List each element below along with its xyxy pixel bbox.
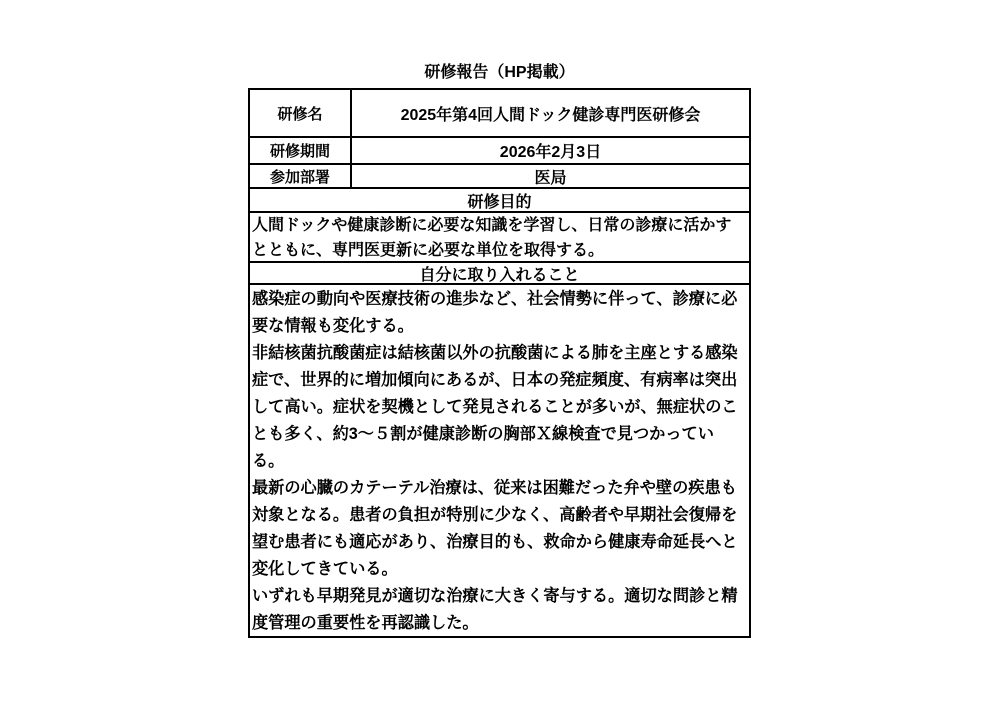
- purpose-text-line: とともに、専門医更新に必要な単位を取得する。: [252, 238, 747, 263]
- takeaway-text-line: 要な情報も変化する。: [252, 313, 747, 340]
- takeaway-text-line: 対象となる。患者の負担が特別に少なく、高齢者や早期社会復帰を: [252, 502, 747, 529]
- takeaway-text-block: 感染症の動向や医療技術の進歩など、社会情勢に伴って、診療に必 要な情報も変化する…: [250, 285, 749, 636]
- takeaway-text-line: 変化してきている。: [252, 556, 747, 583]
- takeaway-text-line: とも多く、約3～５割が健康診断の胸部Ｘ線検査で見つかってい: [252, 421, 747, 448]
- participating-department-label: 参加部署: [250, 165, 352, 187]
- purpose-text-line: 人間ドックや健康診断に必要な知識を学習し、日常の診療に活かす: [252, 213, 747, 238]
- training-name-label: 研修名: [250, 90, 352, 136]
- takeaway-text-line: いずれも早期発見が適切な治療に大きく寄与する。適切な問診と精: [252, 583, 747, 610]
- takeaway-text-line: 症で、世界的に増加傾向にあるが、日本の発症頻度、有病率は突出: [252, 367, 747, 394]
- takeaway-text-line: して高い。症状を契機として発見されることが多いが、無症状のこ: [252, 394, 747, 421]
- takeaway-text-line: 感染症の動向や医療技術の進歩など、社会情勢に伴って、診療に必: [252, 286, 747, 313]
- takeaway-text-line: る。: [252, 448, 747, 475]
- training-name-value: 2025年第4回人間ドック健診専門医研修会: [352, 90, 749, 136]
- takeaway-text-line: 最新の心臓のカテーテル治療は、従来は困難だった弁や壁の疾患も: [252, 475, 747, 502]
- training-report-table: 研修名 2025年第4回人間ドック健診専門医研修会 研修期間 2026年2月3日…: [248, 88, 751, 638]
- document-title: 研修報告（HP掲載）: [248, 63, 751, 83]
- purpose-text-block: 人間ドックや健康診断に必要な知識を学習し、日常の診療に活かす とともに、専門医更…: [250, 213, 749, 263]
- participating-department-value: 医局: [352, 165, 749, 187]
- takeaway-text-line: 度管理の重要性を再認識した。: [252, 610, 747, 636]
- table-row-participating-department: 参加部署 医局: [250, 165, 749, 189]
- takeaway-text-line: 望む患者にも適応があり、治療目的も、救命から健康寿命延長へと: [252, 529, 747, 556]
- takeaway-text-line: 非結核菌抗酸菌症は結核菌以外の抗酸菌による肺を主座とする感染: [252, 340, 747, 367]
- purpose-section-header: 研修目的: [250, 189, 749, 213]
- table-row-training-name: 研修名 2025年第4回人間ドック健診専門医研修会: [250, 90, 749, 138]
- training-period-value: 2026年2月3日: [352, 138, 749, 163]
- takeaway-section-header: 自分に取り入れること: [250, 263, 749, 285]
- document-page: 研修報告（HP掲載） 研修名 2025年第4回人間ドック健診専門医研修会 研修期…: [0, 0, 1000, 707]
- training-period-label: 研修期間: [250, 138, 352, 163]
- table-row-training-period: 研修期間 2026年2月3日: [250, 138, 749, 165]
